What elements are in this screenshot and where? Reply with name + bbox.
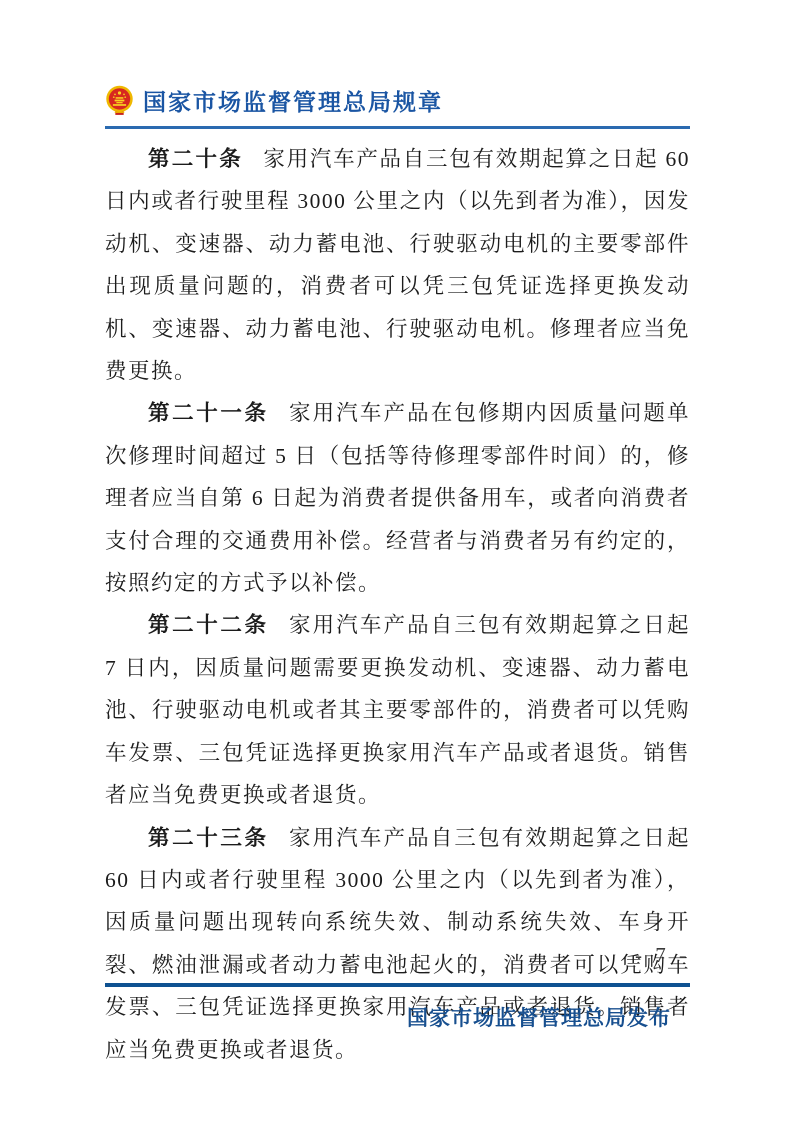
header-divider [105, 126, 690, 129]
article-paragraph: 第二十条家用汽车产品自三包有效期起算之日起 60 日内或者行驶里程 3000 公… [105, 138, 690, 392]
article-number: 第二十三条 [148, 826, 269, 850]
page-title: 国家市场监督管理总局规章 [143, 84, 443, 117]
page-number: - 7 - [635, 943, 690, 968]
article-number: 第二十二条 [148, 613, 269, 637]
article-paragraph: 第二十三条家用汽车产品自三包有效期起算之日起 60 日内或者行驶里程 3000 … [105, 817, 690, 1071]
footer-divider [105, 983, 690, 987]
article-paragraph: 第二十二条家用汽车产品自三包有效期起算之日起 7 日内，因质量问题需要更换发动机… [105, 604, 690, 816]
article-text: 家用汽车产品自三包有效期起算之日起 60 日内或者行驶里程 3000 公里之内（… [105, 147, 690, 383]
china-national-emblem-icon [105, 85, 134, 117]
article-paragraph: 第二十一条家用汽车产品在包修期内因质量问题单次修理时间超过 5 日（包括等待修理… [105, 392, 690, 604]
document-header: 国家市场监督管理总局规章 [105, 84, 690, 117]
document-body: 第二十条家用汽车产品自三包有效期起算之日起 60 日内或者行驶里程 3000 公… [105, 138, 690, 1071]
article-number: 第二十条 [148, 147, 243, 171]
article-text: 家用汽车产品在包修期内因质量问题单次修理时间超过 5 日（包括等待修理零部件时间… [105, 401, 690, 595]
article-number: 第二十一条 [148, 401, 269, 425]
article-text: 家用汽车产品自三包有效期起算之日起 7 日内，因质量问题需要更换发动机、变速器、… [105, 613, 690, 807]
document-page: 国家市场监督管理总局规章 第二十条家用汽车产品自三包有效期起算之日起 60 日内… [0, 0, 793, 1122]
publisher-label: 国家市场监督管理总局发布 [407, 1002, 671, 1032]
